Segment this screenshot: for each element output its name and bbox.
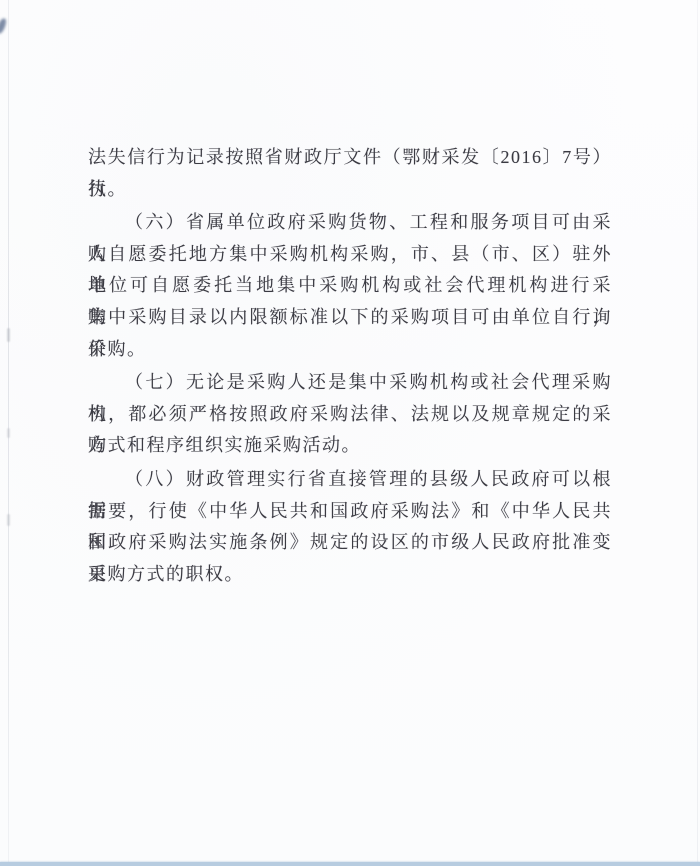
text-line: （六）省属单位政府采购货物、工程和服务项目可由采购 <box>88 207 612 239</box>
paragraph-item-8: （八）财政管理实行省直接管理的县级人民政府可以根据 需要，行使《中华人民共和国政… <box>88 464 612 590</box>
paragraph-continuation: 法失信行为记录按照省财政厅文件（鄂财采发〔2016〕7号）执 行。 <box>88 142 612 205</box>
text-line: 需要，行使《中华人民共和国政府采购法》和《中华人民共和 <box>88 496 612 528</box>
text-line: 采购。 <box>88 334 612 366</box>
paragraph-item-7: （七）无论是采购人还是集中采购机构或社会代理采购机 构，都必须严格按照政府采购法… <box>88 367 612 462</box>
text-line: 国政府采购法实施条例》规定的设区的市级人民政府批准变更 <box>88 527 612 559</box>
text-line: （七）无论是采购人还是集中采购机构或社会代理采购机 <box>88 367 612 399</box>
text-line: （八）财政管理实行省直接管理的县级人民政府可以根据 <box>88 464 612 496</box>
document-body: 法失信行为记录按照省财政厅文件（鄂财采发〔2016〕7号）执 行。 （六）省属单… <box>88 142 612 590</box>
scan-artifact-corner-smudge <box>0 17 7 34</box>
paragraph-item-6: （六）省属单位政府采购货物、工程和服务项目可由采购 人自愿委托地方集中采购机构采… <box>88 207 612 365</box>
text-line: 构，都必须严格按照政府采购法律、法规以及规章规定的采购 <box>88 399 612 431</box>
page-right-edge <box>697 0 698 866</box>
text-line: 法失信行为记录按照省财政厅文件（鄂财采发〔2016〕7号）执 <box>88 142 612 174</box>
document-page: 法失信行为记录按照省财政厅文件（鄂财采发〔2016〕7号）执 行。 （六）省属单… <box>0 0 700 866</box>
scan-artifact-dash <box>7 328 10 342</box>
text-line: 行。 <box>88 174 612 206</box>
text-line: 方式和程序组织实施采购活动。 <box>88 430 612 462</box>
scan-artifact-dash <box>7 514 10 526</box>
text-line: 人自愿委托地方集中采购机构采购，市、县（市、区）驻外地 <box>88 239 612 271</box>
text-line: 采购方式的职权。 <box>88 559 612 591</box>
text-line: 单位可自愿委托当地集中采购机构或社会代理机构进行采购， <box>88 270 612 302</box>
text-line: 集中采购目录以内限额标准以下的采购项目可由单位自行询价 <box>88 302 612 334</box>
scan-bottom-edge <box>0 862 700 866</box>
scan-artifact-dash <box>7 428 10 438</box>
